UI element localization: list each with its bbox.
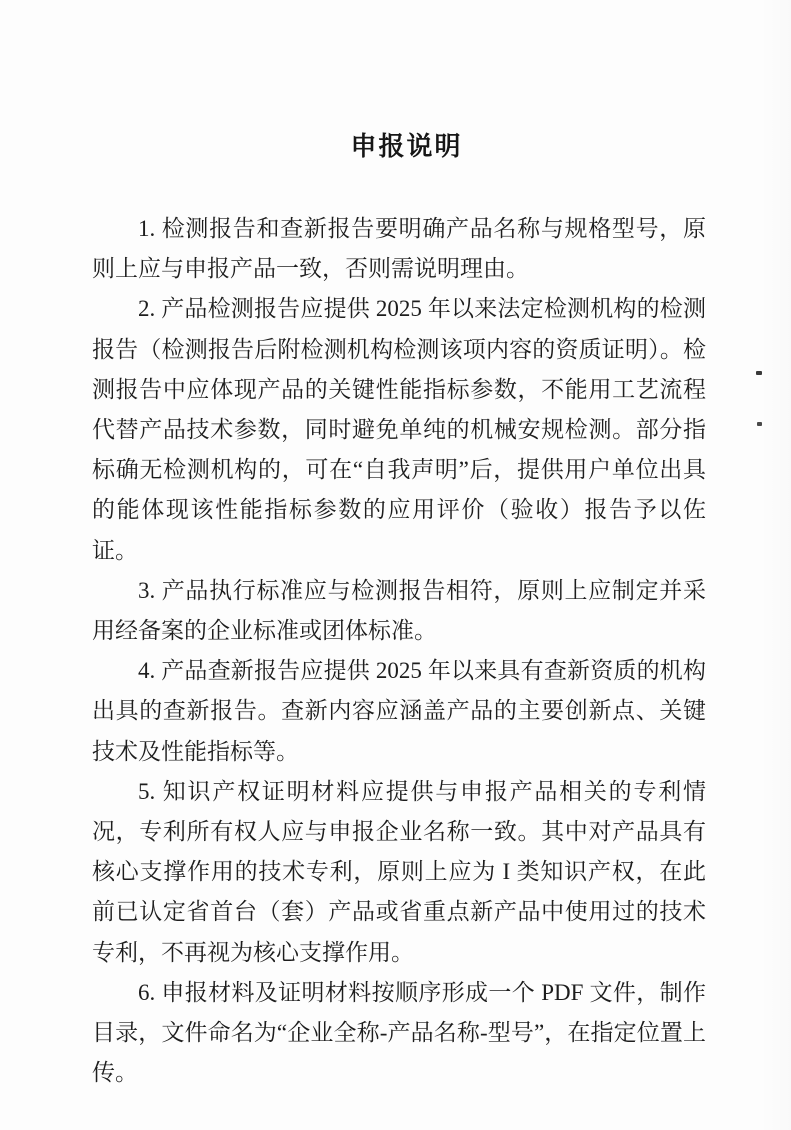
- document-page: 申报说明 1. 检测报告和查新报告要明确产品名称与规格型号，原则上应与申报产品一…: [0, 0, 791, 1130]
- document-body: 1. 检测报告和查新报告要明确产品名称与规格型号，原则上应与申报产品一致，否则需…: [92, 209, 706, 1093]
- paragraph: 1. 检测报告和查新报告要明确产品名称与规格型号，原则上应与申报产品一致，否则需…: [92, 209, 706, 289]
- scan-speck: [756, 371, 762, 375]
- scan-speck: [757, 422, 762, 426]
- paragraph: 3. 产品执行标准应与检测报告相符，原则上应制定并采用经备案的企业标准或团体标准…: [92, 571, 706, 651]
- paragraph: 4. 产品查新报告应提供 2025 年以来具有查新资质的机构出具的查新报告。查新…: [92, 651, 706, 772]
- paragraph: 5. 知识产权证明材料应提供与申报产品相关的专利情况，专利所有权人应与申报企业名…: [92, 772, 706, 973]
- page-title: 申报说明: [11, 126, 791, 163]
- paragraph: 6. 申报材料及证明材料按顺序形成一个 PDF 文件，制作目录，文件命名为“企业…: [92, 973, 706, 1094]
- paragraph: 2. 产品检测报告应提供 2025 年以来法定检测机构的检测报告（检测报告后附检…: [92, 289, 706, 570]
